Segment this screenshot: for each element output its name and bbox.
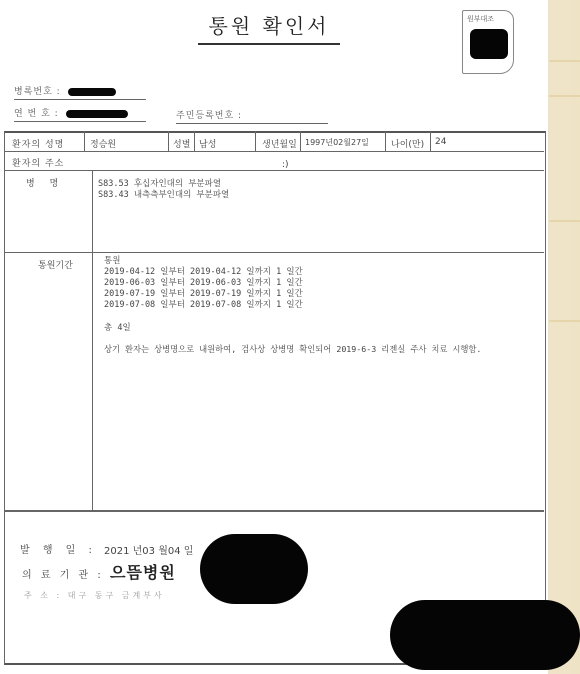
document-page: 통원 확인서 원부대조 병록번호 : 연 번 호 : 주민등록번호 : 환자의 … — [0, 0, 549, 674]
visit-period: 2019-07-08 일부터 2019-07-08 일까지 1 일간 — [104, 300, 303, 311]
address-footer-value: 대구 동구 금계부사 — [68, 591, 165, 600]
sex-label: 성별 — [173, 137, 190, 150]
row-divider — [4, 252, 544, 253]
column-divider — [84, 131, 85, 151]
diagnosis-label: 병 명 — [26, 176, 64, 189]
column-divider — [168, 131, 169, 151]
redaction-mark — [200, 534, 308, 604]
record-number-redacted — [68, 88, 116, 96]
column-divider — [385, 131, 386, 151]
row-divider — [4, 170, 544, 171]
section-divider — [4, 510, 544, 512]
age-label: 나이(만) — [391, 137, 424, 150]
column-divider — [255, 131, 256, 151]
institution-name: 으뜸병원 — [110, 560, 176, 583]
column-divider — [300, 131, 301, 151]
redaction-mark — [470, 29, 508, 59]
address-value: :) — [282, 160, 289, 170]
serial-number-redacted — [66, 110, 128, 118]
visit-period: 2019-07-19 일부터 2019-07-19 일까지 1 일간 — [104, 289, 303, 300]
age-value: 24 — [435, 137, 446, 147]
issue-date-label: 발 행 일 : — [20, 541, 97, 556]
sex-value: 남성 — [199, 137, 216, 150]
address-label: 환자의 주소 — [12, 156, 64, 169]
institution-label: 의 료 기 관 : — [22, 566, 104, 581]
visit-period: 2019-04-12 일부터 2019-04-12 일까지 1 일간 — [104, 267, 303, 278]
visit-period: 2019-06-03 일부터 2019-06-03 일까지 1 일간 — [104, 278, 303, 289]
stamp-label: 원부대조 — [463, 11, 513, 24]
document-title: 통원 확인서 — [198, 10, 340, 45]
column-divider — [194, 131, 195, 151]
diagnosis-item: S83.43 내측측부인대의 부분파열 — [98, 188, 229, 200]
address-footer: 주 소 : 대구 동구 금계부사 — [24, 590, 165, 601]
patient-name-label: 환자의 성명 — [12, 137, 64, 150]
serial-number-label: 연 번 호 : — [14, 109, 59, 119]
visit-period-label: 통원기간 — [38, 258, 73, 271]
visit-total: 총 4일 — [104, 321, 131, 333]
resident-number-label: 주민등록번호 : — [176, 111, 242, 121]
patient-name-value: 정승원 — [90, 137, 116, 150]
label-column-divider — [92, 170, 93, 510]
birth-date-label: 생년월일 — [262, 137, 297, 150]
row-divider — [4, 151, 544, 152]
serial-number-row: 연 번 호 : — [14, 106, 146, 122]
record-number-row: 병록번호 : — [14, 84, 146, 100]
resident-number-row: 주민등록번호 : — [176, 108, 328, 124]
visit-remark: 상기 환자는 상병명으로 내원하여, 검사상 상병명 확인되어 2019-6-3… — [104, 343, 481, 355]
visit-type: 통원 — [104, 256, 120, 267]
column-divider — [430, 131, 431, 151]
birth-date-value: 1997년02월27일 — [305, 137, 369, 148]
issue-date-value: 2021 년03 월04 일 — [104, 542, 193, 557]
redaction-mark — [390, 600, 580, 670]
record-number-label: 병록번호 : — [14, 87, 61, 97]
verification-stamp-box: 원부대조 — [462, 10, 514, 74]
address-footer-label: 주 소 : — [24, 591, 62, 600]
